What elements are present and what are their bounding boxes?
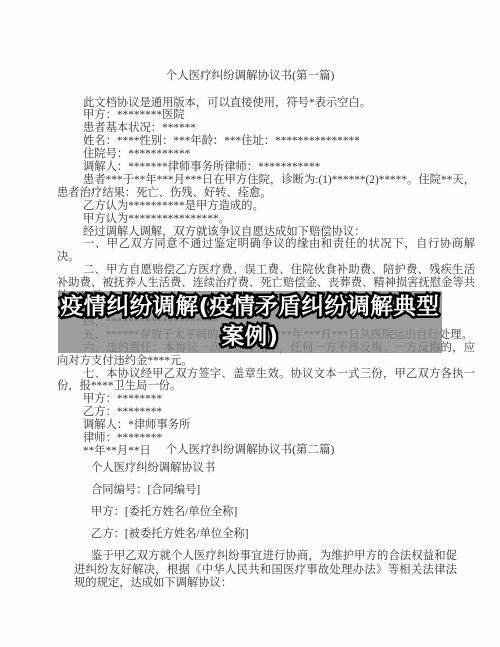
- watermark-line1: 疫情纠纷调解(疫情矛盾纠纷调解典型: [0, 293, 500, 323]
- doc1-intro-note: 此文档协议是通用版本，可以直接使用，符号*表示空白。: [57, 97, 475, 110]
- doc1-patient-status: 患者基本状况：******: [57, 122, 475, 135]
- doc2-preamble: 鉴于甲乙双方就个人医疗纠纷事宜进行协商，为维护甲方的合法权益和促进纠纷友好解决，…: [74, 550, 457, 591]
- doc1-hospitalization: 患者***于**年***月***日在甲方住院，诊断为:(1)******(2)*…: [57, 174, 475, 200]
- doc1-body: 此文档协议是通用版本，可以直接使用，符号*表示空白。 甲方：********医院…: [57, 97, 475, 458]
- doc2-title: 个人医疗纠纷调解协议书(第二篇): [0, 444, 500, 457]
- doc1-mediation-intro: 经过调解人调解，双方就该争议自愿达成如下赔偿协议：: [57, 226, 475, 239]
- doc2-body: 个人医疗纠纷调解协议书 合同编号：[合同编号] 甲方：[委托方姓名/单位全称] …: [74, 462, 457, 599]
- doc1-signature-party-a: 甲方：********: [57, 393, 475, 406]
- doc1-signature-mediator: 调解人：*律师事务所: [57, 419, 475, 432]
- doc1-party-b-claim: 乙方认为**********是甲方造成的。: [57, 200, 475, 213]
- watermark-title: 疫情纠纷调解(疫情矛盾纠纷调解典型 案例): [0, 293, 500, 352]
- doc1-clause-1: 一、甲乙双方同意不通过鉴定明确争议的缘由和责任的状况下，自行协商解决。: [57, 238, 475, 264]
- doc2-party-a-line: 甲方：[委托方姓名/单位全称]: [74, 506, 457, 520]
- doc2-party-b-line: 乙方：[被委托方姓名/单位全称]: [74, 528, 457, 542]
- doc1-party-a-claim: 甲方认为****************。: [57, 213, 475, 226]
- watermark-line2: 案例): [0, 323, 500, 353]
- doc2-contract-number: 合同编号：[合同编号]: [74, 484, 457, 498]
- doc1-party-a-line: 甲方：********医院: [57, 109, 475, 122]
- doc2-heading: 个人医疗纠纷调解协议书: [74, 462, 457, 476]
- doc1-admission-number: 住院号：***********: [57, 148, 475, 161]
- doc1-clause-7: 七、本协议经甲乙双方签字、盖章生效。协议文本一式三份，甲乙双方各执一份，报***…: [57, 368, 475, 394]
- doc1-mediator-line: 调解人：*******律师事务所律师：***********: [57, 161, 475, 174]
- document-page: 个人医疗纠纷调解协议书(第一篇) 此文档协议是通用版本，可以直接使用，符号*表示…: [0, 0, 500, 647]
- doc1-signature-party-b: 乙方：********: [57, 406, 475, 419]
- doc1-patient-info: 姓名：****性别：***年龄：***住址：***************: [57, 135, 475, 148]
- doc1-title: 个人医疗纠纷调解协议书(第一篇): [0, 70, 500, 83]
